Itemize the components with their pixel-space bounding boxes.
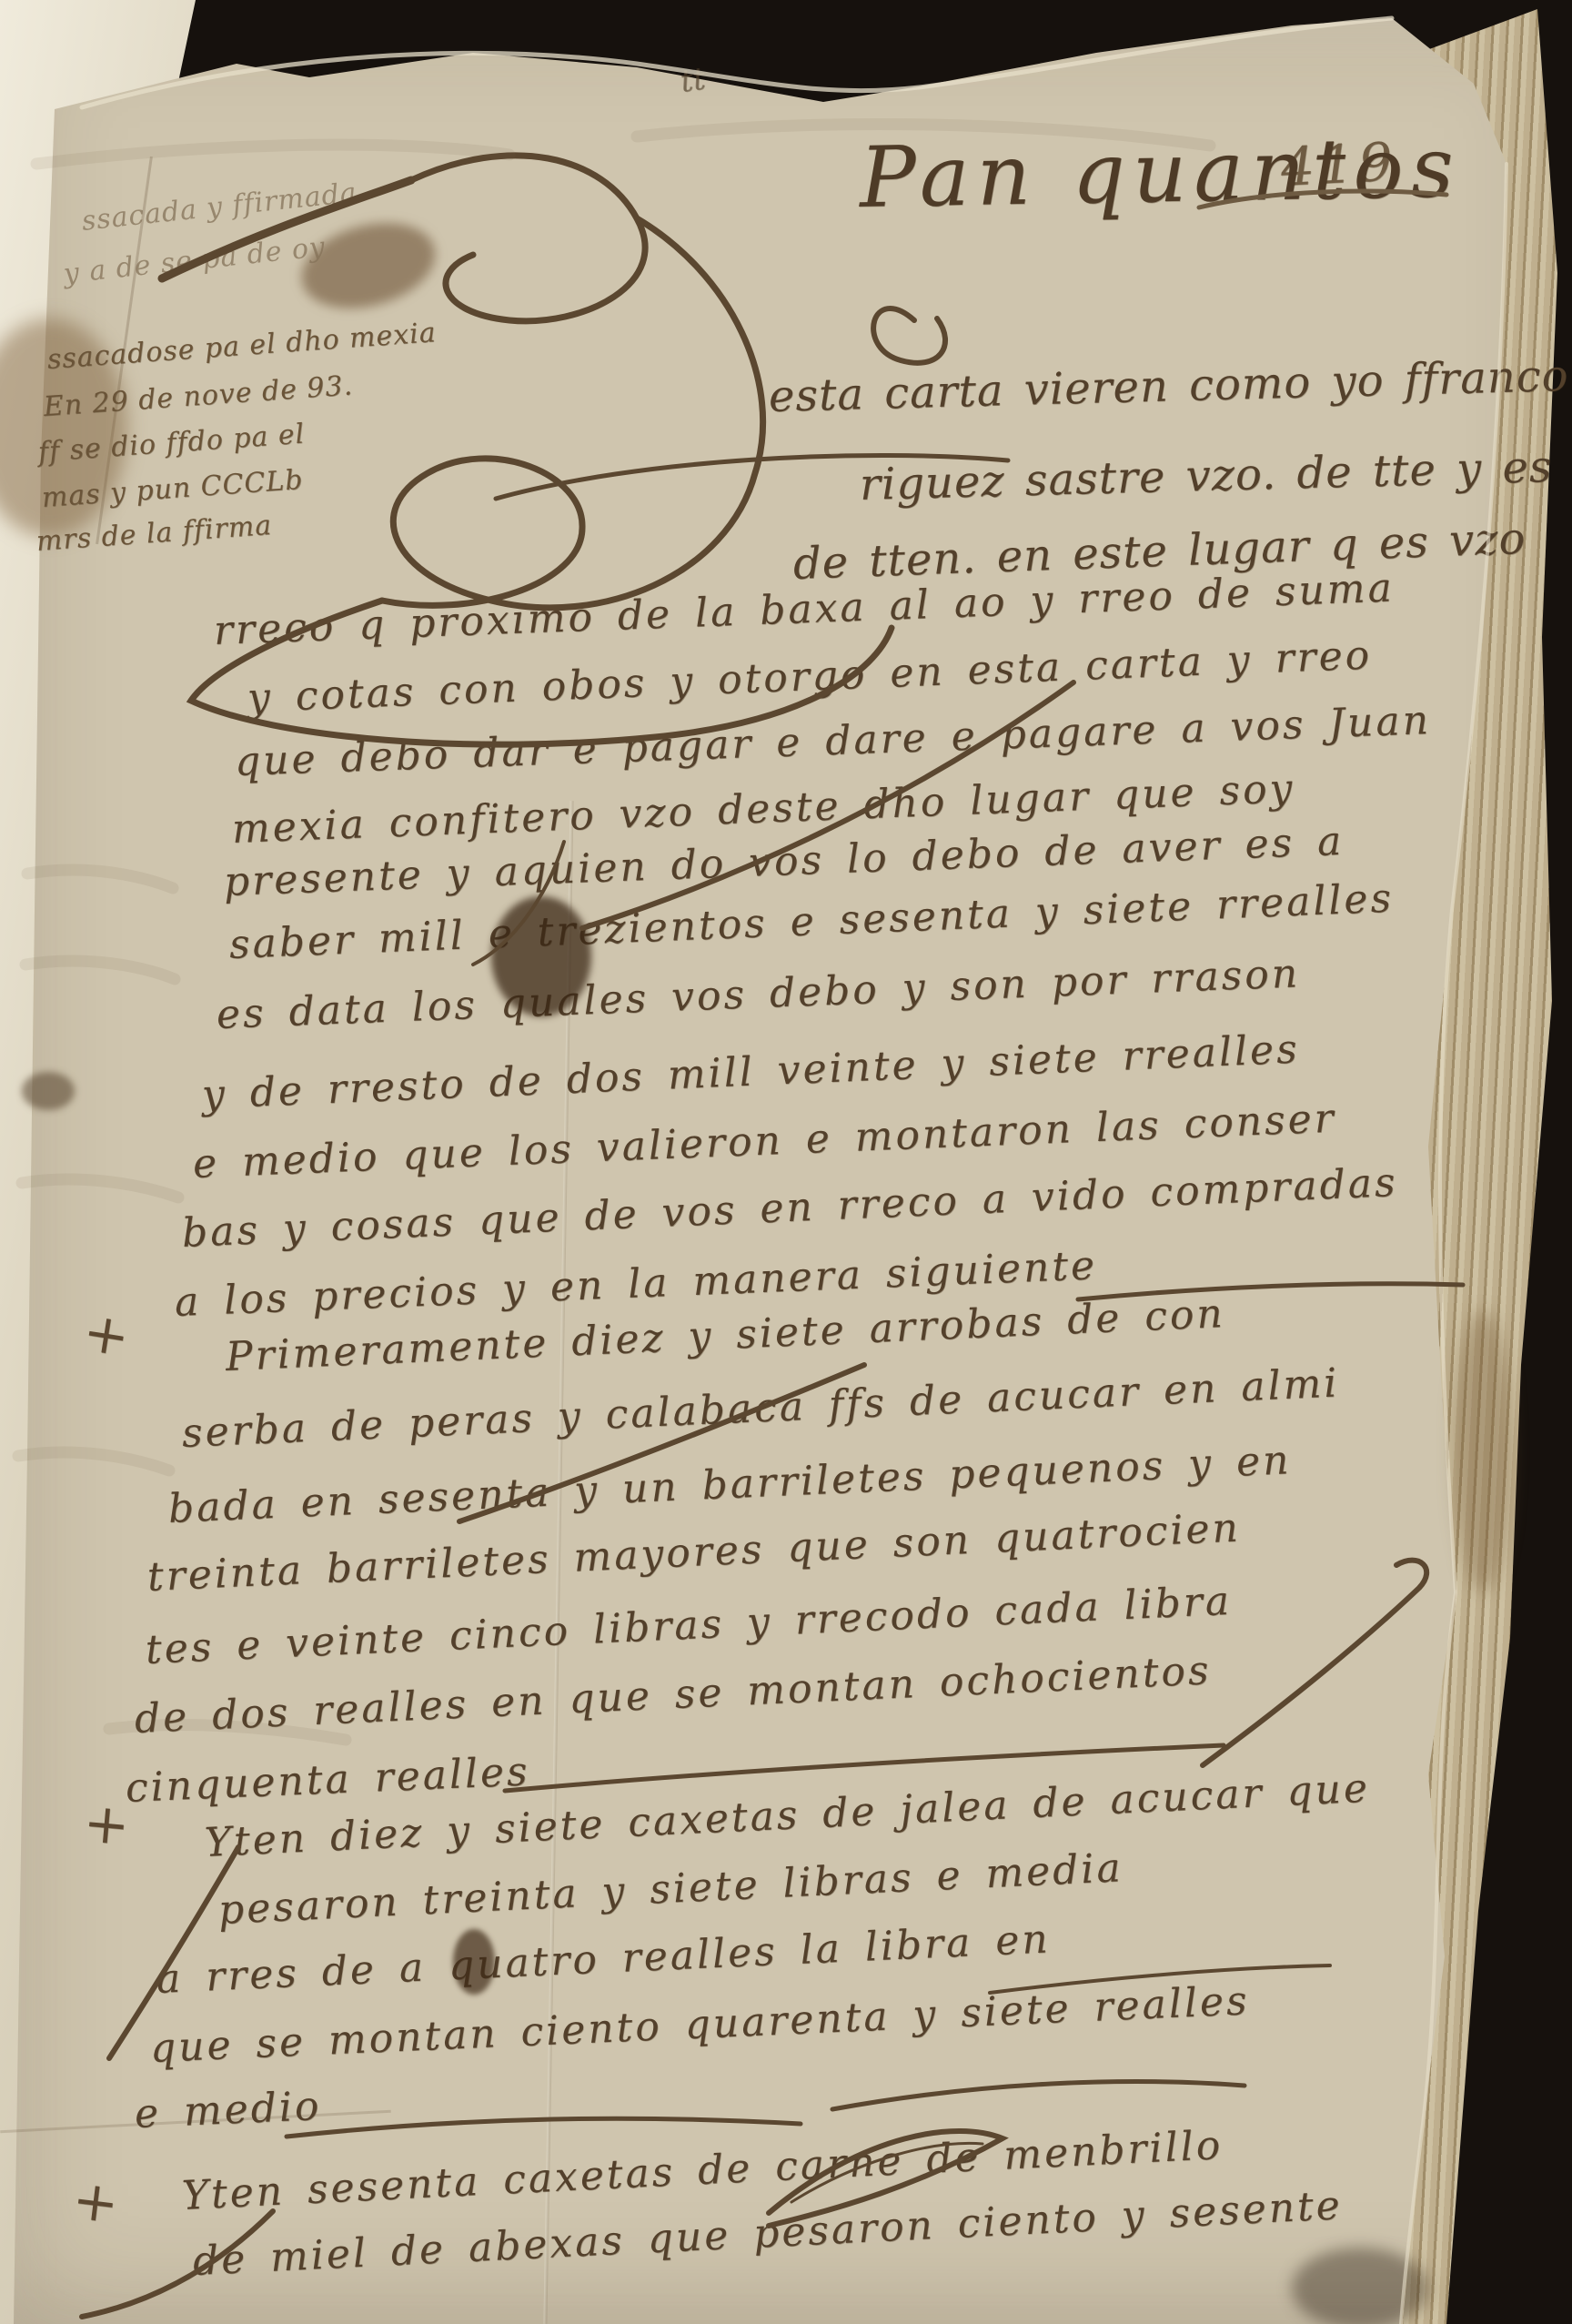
item-cross-mark: + [69,2167,122,2237]
item-cross-mark: + [81,1791,132,1858]
pen-trial-mark: tt [678,60,708,99]
manuscript-photo: 419 tt ssacada y ffirmada y a de se pa d… [0,0,1572,2324]
heading-sepan-quantos: Pan quantos [859,118,1462,227]
manuscript-line: e medio [134,2083,323,2137]
